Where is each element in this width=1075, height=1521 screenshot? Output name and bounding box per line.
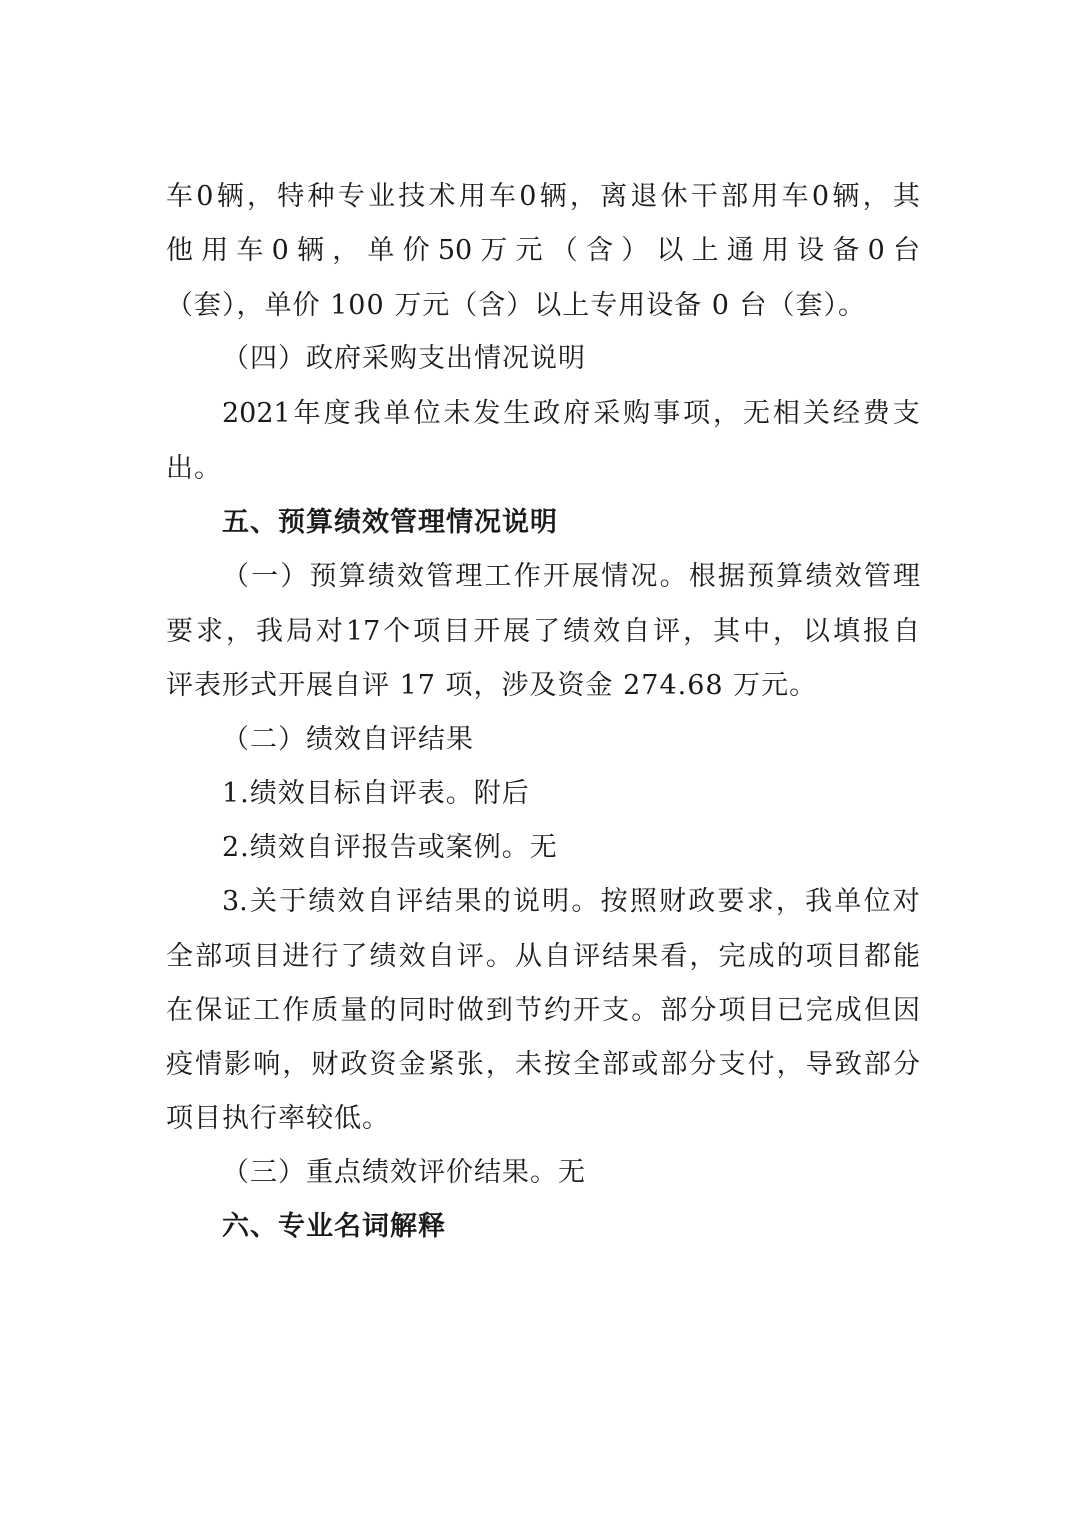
paragraph-line: 全部项目进行了绩效自评。从自评结果看，完成的项目都能	[166, 937, 920, 977]
text-segment: 致	[835, 1045, 862, 1085]
section-subheading-key-evaluation: （三）重点绩效评价结果。无	[222, 1153, 920, 1193]
text-segment: 车	[236, 231, 263, 271]
text-segment: 自	[367, 882, 394, 922]
text-segment: 他	[166, 231, 193, 271]
text-segment: 绩	[308, 882, 335, 922]
text-segment: 对	[316, 612, 343, 652]
text-segment: 自	[544, 937, 571, 977]
text-segment: ，	[776, 882, 803, 922]
text-segment: 政	[533, 394, 560, 434]
text-segment: 金	[399, 1045, 426, 1085]
text-segment: 价	[403, 231, 430, 271]
text-segment: 辆	[297, 231, 324, 271]
text-segment: 2021	[222, 394, 291, 434]
text-segment: 了	[533, 612, 560, 652]
text-segment: 效	[399, 937, 426, 977]
text-segment: 50	[438, 231, 472, 271]
text-segment: 果	[455, 882, 482, 922]
paragraph-line: 2021年度我单位未发生政府采购事项，无相关经费支	[222, 394, 920, 434]
text-segment: 采	[593, 394, 620, 434]
text-segment: 发	[473, 394, 500, 434]
text-segment: 目	[443, 612, 470, 652]
text-segment: 管	[864, 557, 891, 597]
text-segment: 响	[253, 1045, 280, 1085]
text-segment: 辆	[540, 177, 567, 217]
text-segment: 0	[519, 177, 536, 217]
text-segment: 绩	[370, 937, 397, 977]
text-segment: 用	[751, 177, 778, 217]
text-segment: 分	[689, 1045, 716, 1085]
text-segment: 疫	[166, 1045, 193, 1085]
text-segment: 明	[542, 882, 569, 922]
text-segment: ，	[777, 1045, 804, 1085]
text-segment: 评	[396, 882, 423, 922]
text-segment: 作	[282, 991, 309, 1031]
text-segment: 。	[660, 557, 687, 597]
text-segment: 作	[514, 557, 541, 597]
text-segment: 自	[623, 612, 650, 652]
text-segment: 评	[457, 937, 484, 977]
text-segment: 未	[443, 394, 470, 434]
text-segment: 完	[718, 937, 745, 977]
text-segment: 张	[457, 1045, 484, 1085]
text-segment: 的	[777, 937, 804, 977]
text-segment: 绩	[563, 612, 590, 652]
text-segment: 关	[250, 882, 277, 922]
paragraph-line: 车0辆，特种专业技术用车0辆，离退休干部用车0辆，其	[166, 177, 920, 217]
text-segment: 完	[806, 991, 833, 1031]
text-segment: 行	[311, 937, 338, 977]
text-segment: 用	[762, 231, 789, 271]
text-segment: 但	[864, 991, 891, 1031]
text-segment: 位	[864, 882, 891, 922]
text-segment: 目	[748, 991, 775, 1031]
text-segment: 未	[515, 1045, 542, 1085]
paragraph-line: 评表形式开展自评 17 项，涉及资金 274.68 万元。	[166, 666, 920, 706]
text-segment: 府	[563, 394, 590, 434]
text-segment: 工	[253, 991, 280, 1031]
text-segment: ，	[486, 1045, 513, 1085]
text-segment: 生	[503, 394, 530, 434]
text-segment: 以	[803, 612, 830, 652]
text-segment: 评	[653, 612, 680, 652]
text-segment: 看	[660, 937, 687, 977]
text-segment: 质	[311, 991, 338, 1031]
text-segment: 按	[601, 882, 628, 922]
section-subheading-self-evaluation: （二）绩效自评结果	[222, 720, 920, 760]
text-segment: 车	[489, 177, 516, 217]
text-segment: 算	[339, 557, 366, 597]
text-segment: 单	[834, 882, 861, 922]
text-segment: ，	[863, 177, 890, 217]
text-segment: 备	[832, 231, 859, 271]
text-segment: 从	[515, 937, 542, 977]
text-segment: 费	[863, 394, 890, 434]
text-segment: 单	[367, 231, 394, 271]
text-segment: 填	[833, 612, 860, 652]
text-segment: 导	[806, 1045, 833, 1085]
text-segment: 开	[573, 991, 600, 1031]
text-segment: 我	[805, 882, 832, 922]
text-segment: 术	[428, 177, 455, 217]
text-segment: 局	[286, 612, 313, 652]
paragraph-line: 项目执行率较低。	[166, 1099, 920, 1139]
text-segment: ）	[280, 557, 307, 597]
text-segment: 预	[310, 557, 337, 597]
text-segment: 展	[572, 557, 599, 597]
text-segment: 个	[383, 612, 410, 652]
text-segment: 资	[370, 1045, 397, 1085]
text-segment: 专	[338, 177, 365, 217]
text-segment: 效	[397, 557, 424, 597]
text-segment: 休	[661, 177, 688, 217]
text-segment: ，	[689, 937, 716, 977]
text-segment: 求	[747, 882, 774, 922]
text-segment: ，	[683, 612, 710, 652]
text-segment: 部	[721, 177, 748, 217]
text-segment: 部	[602, 1045, 629, 1085]
text-segment: 根	[689, 557, 716, 597]
text-segment: 万	[480, 231, 507, 271]
text-segment: 项	[413, 612, 440, 652]
text-segment: 付	[748, 1045, 775, 1085]
paragraph-line: （一）预算绩效管理工作开展情况。根据预算绩效管理	[222, 557, 920, 597]
text-segment: 到	[486, 991, 513, 1031]
text-segment: 干	[691, 177, 718, 217]
text-segment: 事	[653, 394, 680, 434]
text-segment: 因	[893, 991, 920, 1031]
text-segment: 含	[586, 231, 613, 271]
text-segment: 0	[196, 177, 213, 217]
text-segment: 业	[368, 177, 395, 217]
text-segment: 于	[279, 882, 306, 922]
text-segment: 成	[835, 991, 862, 1031]
text-segment: 购	[623, 394, 650, 434]
text-segment: 保	[195, 991, 222, 1031]
text-segment: 项	[683, 394, 710, 434]
text-segment: 影	[224, 1045, 251, 1085]
text-segment: 。	[571, 882, 598, 922]
text-segment: ，	[332, 231, 359, 271]
text-segment: 相	[773, 394, 800, 434]
text-segment: 能	[893, 937, 920, 977]
section-subheading-government-procurement: （四）政府采购支出情况说明	[222, 339, 920, 379]
text-segment: 都	[864, 937, 891, 977]
text-segment: ，	[282, 1045, 309, 1085]
text-segment: 效	[593, 612, 620, 652]
text-segment: 开	[473, 612, 500, 652]
text-segment: 辆	[217, 177, 244, 217]
text-segment: 求	[196, 612, 223, 652]
text-segment: 财	[659, 882, 686, 922]
text-segment: 通	[727, 231, 754, 271]
text-segment: 全	[166, 937, 193, 977]
paragraph-line: （套），单价 100 万元（含）以上专用设备 0 台（套）。	[166, 286, 920, 326]
text-segment: 分	[893, 1045, 920, 1085]
text-segment: 用	[201, 231, 228, 271]
text-segment: 在	[166, 991, 193, 1031]
text-segment: 预	[747, 557, 774, 597]
section-heading-glossary: 六、专业名词解释	[222, 1207, 920, 1247]
text-segment: 效	[338, 882, 365, 922]
text-segment: 报	[863, 612, 890, 652]
text-segment: 展	[503, 612, 530, 652]
text-segment: 节	[515, 991, 542, 1031]
text-segment: 台	[893, 231, 920, 271]
text-segment: 部	[195, 937, 222, 977]
text-segment: 情	[601, 557, 628, 597]
text-segment: 用	[459, 177, 486, 217]
text-segment: 全	[573, 1045, 600, 1085]
text-segment: 我	[256, 612, 283, 652]
text-segment: 据	[718, 557, 745, 597]
text-segment: 目	[253, 937, 280, 977]
text-segment: 年	[294, 394, 321, 434]
text-segment: 的	[370, 991, 397, 1031]
text-segment: 部	[660, 1045, 687, 1085]
text-segment: 中	[743, 612, 770, 652]
text-segment: 算	[776, 557, 803, 597]
text-segment: 以	[656, 231, 683, 271]
text-segment: 财	[311, 1045, 338, 1085]
text-segment: 况	[630, 557, 657, 597]
text-segment: （	[222, 557, 249, 597]
text-segment: 上	[692, 231, 719, 271]
text-segment: 设	[797, 231, 824, 271]
text-segment: 经	[833, 394, 860, 434]
paragraph-line: 在保证工作质量的同时做到节约开支。部分项目已完成但因	[166, 991, 920, 1031]
text-segment: ，	[773, 612, 800, 652]
paragraph-line: 要求，我局对17个项目开展了绩效自评，其中，以填报自	[166, 612, 920, 652]
text-segment: 项	[806, 937, 833, 977]
text-segment: 说	[513, 882, 540, 922]
text-segment: 按	[544, 1045, 571, 1085]
text-segment: 0	[812, 177, 829, 217]
text-segment: 已	[777, 991, 804, 1031]
text-segment: 自	[893, 612, 920, 652]
paragraph-line: 出。	[166, 449, 920, 489]
text-segment: 辆	[832, 177, 859, 217]
text-segment: 开	[543, 557, 570, 597]
text-segment: 同	[399, 991, 426, 1031]
text-segment: 支	[718, 1045, 745, 1085]
document-page: 车0辆，特种专业技术用车0辆，离退休干部用车0辆，其 他用车0辆，单价50万元（…	[0, 0, 1075, 1521]
text-segment: 效	[835, 557, 862, 597]
text-segment: 目	[835, 937, 862, 977]
text-segment: 理	[455, 557, 482, 597]
text-segment: 进	[282, 937, 309, 977]
text-segment: 关	[803, 394, 830, 434]
text-segment: 其	[893, 177, 920, 217]
text-segment: 评	[573, 937, 600, 977]
text-segment: 技	[398, 177, 425, 217]
text-segment: 3.	[222, 882, 248, 922]
text-segment: 自	[428, 937, 455, 977]
text-segment: 。	[486, 937, 513, 977]
text-segment: 的	[484, 882, 511, 922]
text-segment: 退	[630, 177, 657, 217]
text-segment: 离	[600, 177, 627, 217]
text-segment: 项	[718, 991, 745, 1031]
text-segment: 0	[868, 231, 885, 271]
text-segment: 项	[224, 937, 251, 977]
text-segment: 。	[631, 991, 658, 1031]
text-segment: 对	[893, 882, 920, 922]
text-segment: 特	[277, 177, 304, 217]
text-segment: 度	[324, 394, 351, 434]
text-segment: ）	[621, 231, 648, 271]
text-segment: 支	[602, 991, 629, 1031]
text-segment: 照	[630, 882, 657, 922]
text-segment: 理	[893, 557, 920, 597]
text-segment: 做	[457, 991, 484, 1031]
text-segment: 政	[340, 1045, 367, 1085]
text-segment: ，	[570, 177, 597, 217]
text-segment: 种	[307, 177, 334, 217]
text-segment: 我	[354, 394, 381, 434]
text-segment: 时	[428, 991, 455, 1031]
text-segment: 结	[425, 882, 452, 922]
text-segment: 绩	[805, 557, 832, 597]
text-segment: 结	[602, 937, 629, 977]
text-segment: 管	[426, 557, 453, 597]
text-segment: 政	[688, 882, 715, 922]
text-segment: 其	[713, 612, 740, 652]
text-segment: 果	[631, 937, 658, 977]
text-segment: 证	[224, 991, 251, 1031]
section-heading-budget-performance: 五、预算绩效管理情况说明	[222, 503, 920, 543]
list-item: 2.绩效自评报告或案例。无	[222, 828, 920, 868]
text-segment: 部	[864, 1045, 891, 1085]
text-segment: 成	[748, 937, 775, 977]
text-segment: 分	[689, 991, 716, 1031]
text-segment: ，	[713, 394, 740, 434]
text-segment: 要	[166, 612, 193, 652]
text-segment: 绩	[368, 557, 395, 597]
text-segment: 单	[384, 394, 411, 434]
text-segment: 支	[893, 394, 920, 434]
text-segment: 约	[544, 991, 571, 1031]
list-item: 1.绩效目标自评表。附后	[222, 774, 920, 814]
text-segment: 元	[516, 231, 543, 271]
text-segment: 车	[166, 177, 193, 217]
paragraph-line: 疫情影响，财政资金紧张，未按全部或部分支付，导致部分	[166, 1045, 920, 1085]
text-segment: ，	[247, 177, 274, 217]
text-segment: 紧	[428, 1045, 455, 1085]
text-segment: 一	[251, 557, 278, 597]
text-segment: 位	[413, 394, 440, 434]
paragraph-line: 他用车0辆，单价50万元（含）以上通用设备0台	[166, 231, 920, 271]
text-segment: 车	[782, 177, 809, 217]
text-segment: ，	[226, 612, 253, 652]
text-segment: 部	[660, 991, 687, 1031]
text-segment: 量	[340, 991, 367, 1031]
text-segment: 无	[743, 394, 770, 434]
text-segment: 工	[485, 557, 512, 597]
text-segment: 要	[717, 882, 744, 922]
text-segment: 17	[346, 612, 380, 652]
text-segment: 了	[340, 937, 367, 977]
text-segment: 情	[195, 1045, 222, 1085]
text-segment: （	[551, 231, 578, 271]
text-segment: 或	[631, 1045, 658, 1085]
paragraph-line: 3.关于绩效自评结果的说明。按照财政要求，我单位对	[222, 882, 920, 922]
text-segment: 0	[272, 231, 289, 271]
